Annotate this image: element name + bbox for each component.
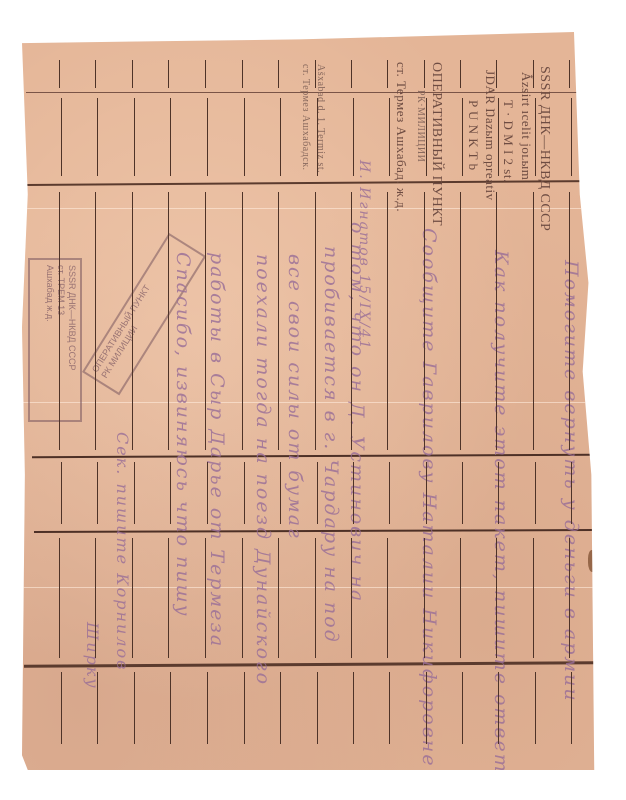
column-rule [351,192,352,450]
fold-line-upper [22,208,600,209]
column-rule [569,192,570,450]
column-rule [353,98,354,176]
column-rule [426,672,427,744]
rule-top [26,92,596,93]
column-rule [205,192,206,450]
column-rule [424,192,425,450]
column-rule [207,672,208,744]
column-rule [426,462,427,524]
column-rule [533,60,534,88]
column-rule [317,672,318,744]
column-rule [389,672,390,744]
column-rule [387,192,388,450]
column-rule [424,60,425,88]
column-rule [496,60,497,88]
handwritten-line-11: Ширку [83,622,102,690]
column-rule [315,192,316,450]
rule-4 [24,661,602,668]
column-rule [97,98,98,176]
column-rule [315,60,316,88]
stamp-line: ОПЕРАТИВНЫЙ ПУНКТ [90,242,179,375]
column-rule [351,60,352,88]
column-rule [278,192,279,450]
column-rule [132,60,133,88]
column-rule [278,60,279,88]
handwritten-line-3: Сообщите Гаврилову Наталии Никифоровне [418,228,440,768]
column-rule [170,672,171,744]
column-rule [132,192,133,450]
fold-line-middle [22,402,600,403]
column-rule [460,538,461,658]
column-rule [351,538,352,658]
handwritten-line-7: поехали тогда на поезд Дунайского [252,254,274,686]
header-line-3: T · D M I 2 st. [500,100,516,183]
column-rule [280,462,281,524]
column-rule [460,192,461,450]
column-rule [389,98,390,176]
column-rule [533,538,534,658]
column-rule [535,462,536,524]
column-rule [244,462,245,524]
column-rule [317,98,318,176]
column-rule [353,462,354,524]
handwritten-line-2: Как получите этот пакет, пишите ответ [490,250,512,774]
column-rule [317,462,318,524]
document-page: SSSR ДНК—НКВД СССР Ắzsirt ıcelit joʟыm T… [22,32,600,770]
column-rule [242,538,243,658]
column-rule [462,98,463,176]
column-rule [280,672,281,744]
column-rule [462,462,463,524]
column-rule [571,98,572,176]
column-rule [244,672,245,744]
column-rule [168,192,169,450]
header-line-2: Ắzsirt ıcelit joʟыm [518,72,534,180]
handwritten-line-5: пробивается в г. Чардару на под [320,246,342,644]
column-rule [569,60,570,88]
column-rule [426,98,427,176]
fold-line-lower [22,587,600,588]
column-rule [496,538,497,658]
column-rule [134,672,135,744]
column-rule [95,538,96,658]
handwritten-line-6: все свои силы от бумаг [284,254,306,540]
header-line-6: ОПЕРАТИВНЫЙ ПУНКТ [428,62,444,226]
column-rule [315,538,316,658]
column-rule [168,538,169,658]
column-rule [59,538,60,658]
column-rule [242,60,243,88]
column-rule [387,538,388,658]
column-rule [205,60,206,88]
column-rule [571,672,572,744]
column-rule [462,672,463,744]
column-rule [61,462,62,524]
column-rule [59,60,60,88]
stamp-line: Ашхабад ж.д. [44,265,55,415]
stamp-line: ст. ТРЕМ 13 [55,265,66,415]
header-line-8: ст. Термез Ашхабад. ж.д. [393,62,409,212]
column-rule [59,192,60,450]
column-rule [244,98,245,176]
handwritten-signature: И. Игнатов 15/IX/41 [356,160,372,351]
column-rule [571,462,572,524]
column-rule [132,538,133,658]
header-line-11: ст. Термез Ашхабадск. [300,64,311,171]
column-rule [242,192,243,450]
stamp-line: SSSR ДНК—НКВД СССР [66,265,77,415]
vertical-stamp: SSSR ДНК—НКВД СССР ст. ТРЕМ 13 Ашхабад ж… [28,258,82,422]
column-rule [424,538,425,658]
column-rule [389,462,390,524]
column-rule [498,98,499,176]
column-rule [535,98,536,176]
column-rule [61,672,62,744]
header-line-1: SSSR ДНК—НКВД СССР [536,66,552,231]
column-rule [97,672,98,744]
column-rule [496,192,497,450]
column-rule [207,462,208,524]
header-line-7: РК·МИЛИЦИИ [415,90,426,162]
column-rule [170,98,171,176]
column-rule [170,462,171,524]
handwritten-line-9: Спасибо, извиняюсь что пишу [172,252,194,618]
header-line-4: JDAR Ŋazыm opreativ [482,70,498,201]
handwritten-line-10: Сек. пишите Корнилов [113,432,132,671]
column-rule [61,98,62,176]
column-rule [207,98,208,176]
column-rule [95,192,96,450]
column-rule [533,192,534,450]
column-rule [498,672,499,744]
column-rule [535,672,536,744]
column-rule [97,462,98,524]
column-rule [168,60,169,88]
column-rule [280,98,281,176]
handwritten-line-8: работы в Сыр Дарье от Термеза [206,252,228,648]
header-line-5: P U N K T b [465,100,481,171]
column-rule [134,98,135,176]
column-rule [569,538,570,658]
column-rule [498,462,499,524]
column-rule [353,672,354,744]
column-rule [205,538,206,658]
column-rule [278,538,279,658]
column-rule [134,462,135,524]
column-rule [95,60,96,88]
paper-stain [588,550,598,572]
column-rule [460,60,461,88]
column-rule [387,60,388,88]
